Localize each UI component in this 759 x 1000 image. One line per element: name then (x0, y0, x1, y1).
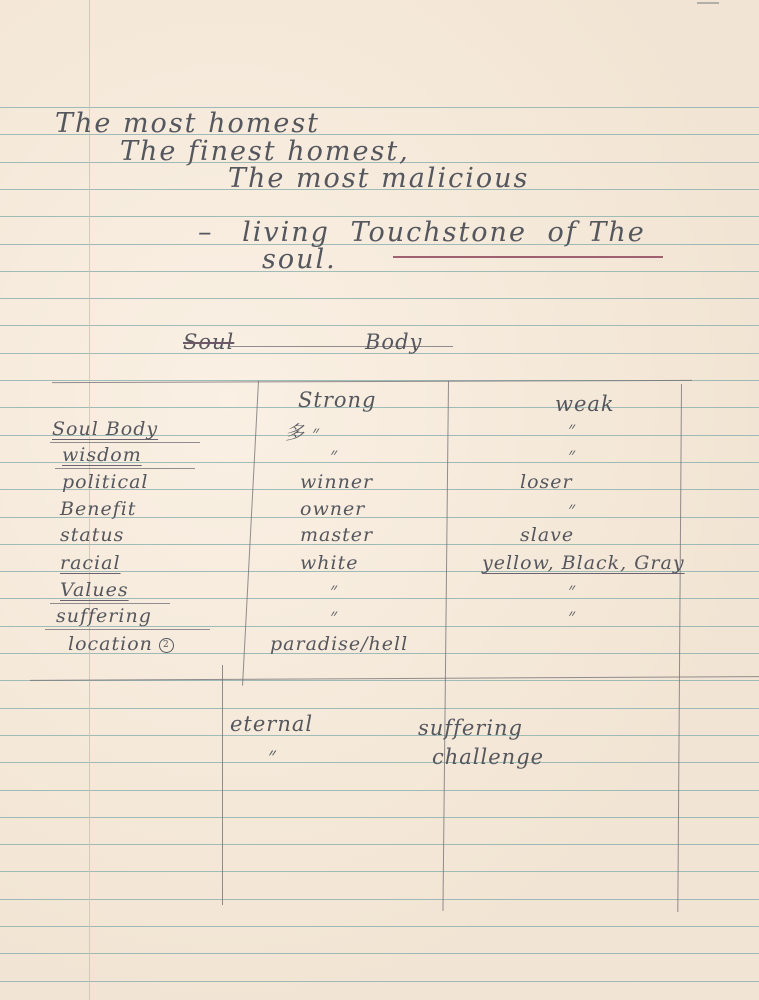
ruled-line (0, 844, 759, 845)
heading-crossed-soul: Soul (183, 330, 234, 354)
cell-strong: paradise/hell (270, 633, 408, 655)
label-underline (45, 629, 210, 630)
cell-strong: winner (300, 471, 373, 493)
poem-line-5: soul. (262, 244, 337, 275)
ruled-line (0, 407, 759, 408)
footer-ditto: ״ (268, 743, 277, 768)
ruled-line (0, 926, 759, 927)
ruled-line (0, 298, 759, 299)
cell-strong: ״ (330, 605, 338, 628)
ruled-line (0, 271, 759, 272)
cell-strong: owner (300, 498, 365, 520)
poem-line-1: The most homest (55, 108, 320, 139)
cell-strong: master (300, 524, 373, 546)
poem-touchstone: Touchstone (351, 217, 527, 248)
cell-strong: white (300, 552, 358, 574)
ruled-line (0, 708, 759, 709)
ruled-line (0, 790, 759, 791)
ruled-line (0, 735, 759, 736)
column-header-strong: Strong (298, 388, 376, 412)
ruled-line (0, 953, 759, 954)
cell-weak: ״ (568, 418, 576, 441)
cell-weak: ״ (568, 605, 576, 628)
ruled-line (0, 981, 759, 982)
label-underline (50, 442, 200, 443)
label-underline (50, 603, 170, 604)
row-label: racial (60, 552, 121, 574)
cell-weak: yellow, Black, Gray (482, 552, 685, 574)
cell-weak: ״ (568, 579, 576, 602)
row-label: location2 (68, 633, 174, 655)
column-header-weak: weak (555, 392, 615, 416)
cell-strong: ״ (330, 579, 338, 602)
touchstone-underline (393, 256, 663, 258)
cell-weak: loser (520, 471, 573, 493)
footer-eternal: eternal (230, 712, 313, 736)
ruled-line (0, 762, 759, 763)
footer-challenge: challenge (432, 745, 544, 769)
table-lower-left-line (222, 665, 223, 905)
footer-suffering: suffering (418, 716, 523, 740)
poem-of-the: of The (548, 217, 646, 248)
circled-number-mark: 2 (159, 638, 174, 653)
row-label: status (60, 524, 124, 546)
poem-dash: – (198, 217, 214, 248)
cell-weak: ״ (568, 444, 576, 467)
row-label: political (62, 471, 149, 493)
label-underline (55, 468, 195, 469)
row-label: Values (60, 579, 129, 601)
heading-body: Body (365, 330, 422, 354)
ruled-line (0, 899, 759, 900)
row-label: wisdom (62, 444, 142, 466)
cell-strong: ״ (330, 444, 338, 467)
ruled-line (0, 325, 759, 326)
ruled-line (0, 871, 759, 872)
ruled-line (0, 817, 759, 818)
row-label: Soul Body (52, 418, 158, 440)
cell-weak: slave (520, 524, 574, 546)
cell-strong: 多 ״ (285, 418, 320, 445)
row-label: Benefit (60, 498, 136, 520)
row-label: suffering (56, 605, 152, 627)
corner-pen-mark (697, 2, 719, 4)
poem-line-3: The most malicious (228, 163, 529, 194)
cell-weak: ״ (568, 498, 576, 521)
